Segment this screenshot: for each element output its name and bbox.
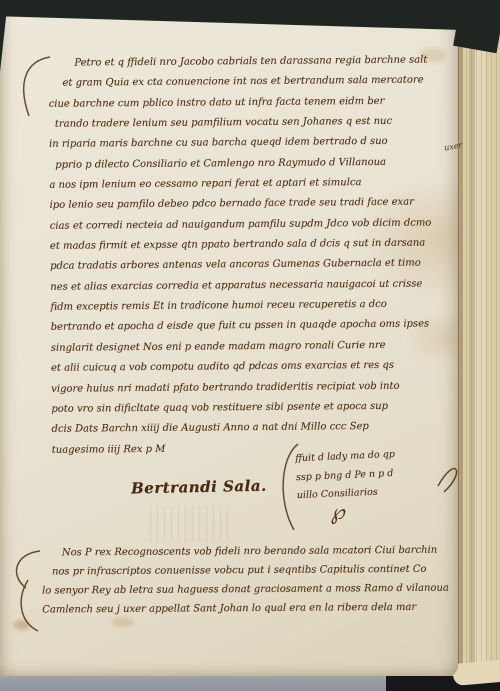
text-line: bertrando et apocha d eisde que fuit cu … (51, 315, 457, 339)
manuscript-page: Petro et q ffideli nro Jacobo cabrials t… (0, 8, 458, 676)
text-line: nes et alias exarcias corredia et appara… (50, 274, 456, 298)
next-page-corner (452, 660, 500, 686)
manuscript-photo: Petro et q ffideli nro Jacobo cabrials t… (0, 0, 500, 691)
book-fore-edge (456, 30, 500, 676)
text-line: vigore huius nri madati pfato bertrando … (51, 376, 457, 400)
chancery-note: ffuit d lady ma do qp ssp p bng d Pe n p… (295, 446, 397, 506)
chancery-tail-flourish (436, 452, 468, 496)
text-line: tuagesimo iiij Rex p M (52, 437, 458, 461)
notarial-paraph: ℘ (329, 499, 346, 524)
text-line: Camlench seu j uxer appellat Sant Johan … (42, 598, 462, 620)
heading-bertrandi-sala: Bertrandi Sala. (131, 477, 267, 498)
text-line: et gram Quia ex cta conuencione int nos … (48, 71, 454, 95)
leaf-edge-lines (456, 30, 500, 676)
postscript-paragraph: Nos P rex Recognoscents vob fideli nro b… (42, 541, 463, 620)
main-text-paragraph: Petro et q ffideli nro Jacobo cabrials t… (48, 50, 458, 460)
text-line: uillo Consiliarios (296, 483, 396, 506)
postscript-initial-flourish (8, 546, 44, 634)
ink-showthrough (150, 506, 232, 542)
parchment-stain (112, 618, 134, 627)
